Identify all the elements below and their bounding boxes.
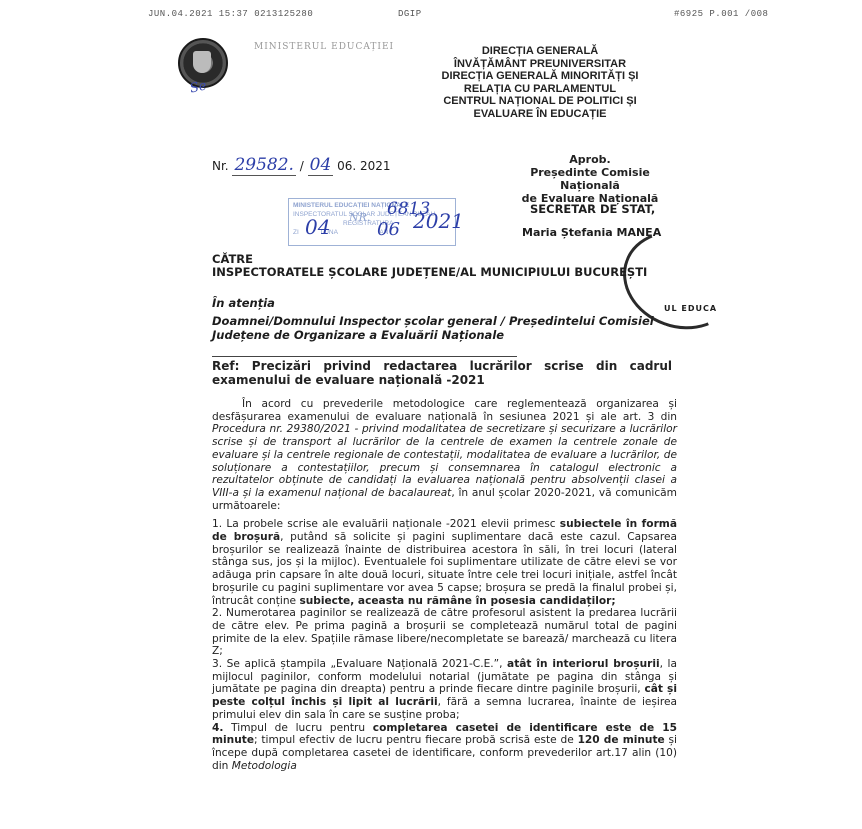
letter-body: În acord cu prevederile metodologice car…	[212, 398, 677, 772]
ministry-name: MINISTERUL EDUCAȚIEI	[254, 42, 394, 52]
item-text: 1. La probele scrise ale evaluării națio…	[212, 518, 560, 530]
methodology-title: Metodologia	[232, 760, 297, 772]
to-label: CĂTRE	[212, 252, 253, 266]
registration-number: Nr. 29582. / 04 06. 2021	[212, 155, 391, 175]
divider	[212, 356, 517, 357]
intro-paragraph: În acord cu prevederile metodologice car…	[212, 398, 677, 512]
list-item: 2. Numerotarea paginilor se realizează d…	[212, 607, 677, 658]
item-text: 3. Se aplică ștampila „Evaluare Național…	[212, 658, 507, 670]
directorate-line: RELAȚIA CU PARLAMENTUL	[430, 83, 650, 96]
recipient: INSPECTORATELE ȘCOLARE JUDEȚENE/AL MUNIC…	[212, 265, 647, 279]
signatory-name: Maria Ștefania MANEA	[522, 226, 661, 239]
item-emphasis: subiecte, aceasta nu rămâne în posesia c…	[299, 595, 615, 607]
registry-stamp: MINISTERUL EDUCAȚIEI NAȚIONALE INSPECTOR…	[288, 198, 456, 246]
item-text: ; timpul efectiv de lucru pentru fiecare…	[254, 734, 578, 746]
attention-label: În atenția	[212, 296, 275, 310]
stamp-nr-label: NR.	[349, 213, 370, 222]
approval-line: Aprob.	[505, 153, 675, 166]
nr-value: 29582.	[232, 155, 295, 176]
directorate-line: ÎNVĂȚĂMÂNT PREUNIVERSITAR	[430, 58, 650, 71]
stamp-an-value: 2021	[413, 217, 464, 226]
attention-recipient: Doamnei/Domnului Inspector școlar genera…	[212, 314, 662, 342]
item-emphasis: 120 de minute	[578, 734, 665, 746]
stamp-zi-label: ZI	[293, 229, 299, 236]
nr-day: 04	[308, 155, 334, 176]
fax-sender: DGIP	[398, 9, 422, 19]
stamp-zi-value: 04	[305, 223, 330, 232]
directorate-line: DIRECȚIA GENERALĂ	[430, 45, 650, 58]
nr-label: Nr.	[212, 159, 229, 173]
fax-page-info: #6925 P.001 /008	[674, 9, 768, 19]
round-stamp-text: UL EDUCA	[664, 304, 717, 313]
approval-block: Aprob. Președinte Comisie Națională de E…	[505, 153, 675, 205]
directorate-line: DIRECȚIA GENERALĂ MINORITĂȚI ȘI	[430, 70, 650, 83]
list-item: 4. Timpul de lucru pentru completarea ca…	[212, 722, 677, 773]
intro-text: În acord cu prevederile metodologice car…	[212, 398, 677, 423]
approval-line: Președinte Comisie Națională	[505, 166, 675, 192]
list-item: 3. Se aplică ștampila „Evaluare Național…	[212, 658, 677, 722]
nr-sep: /	[300, 159, 304, 173]
item-text: Timpul de lucru pentru	[223, 722, 372, 734]
directorate-line: CENTRUL NAȚIONAL DE POLITICI ȘI	[430, 95, 650, 108]
secretary-title: SECRETAR DE STAT,	[530, 202, 655, 216]
list-item: 1. La probele scrise ale evaluării națio…	[212, 518, 677, 607]
reference-subject: Ref: Precizări privind redactarea lucrăr…	[212, 359, 672, 387]
handwritten-note: Se	[189, 78, 208, 96]
directorate-line: EVALUARE ÎN EDUCAȚIE	[430, 108, 650, 121]
stamp-luna-value: 06	[377, 225, 400, 234]
item-number: 4.	[212, 722, 223, 734]
item-emphasis: atât în interiorul broșurii	[507, 658, 660, 670]
directorates-block: DIRECȚIA GENERALĂ ÎNVĂȚĂMÂNT PREUNIVERSI…	[430, 45, 650, 121]
fax-datetime: JUN.04.2021 15:37 0213125280	[148, 9, 313, 19]
nr-date-rest: 06. 2021	[337, 159, 390, 173]
